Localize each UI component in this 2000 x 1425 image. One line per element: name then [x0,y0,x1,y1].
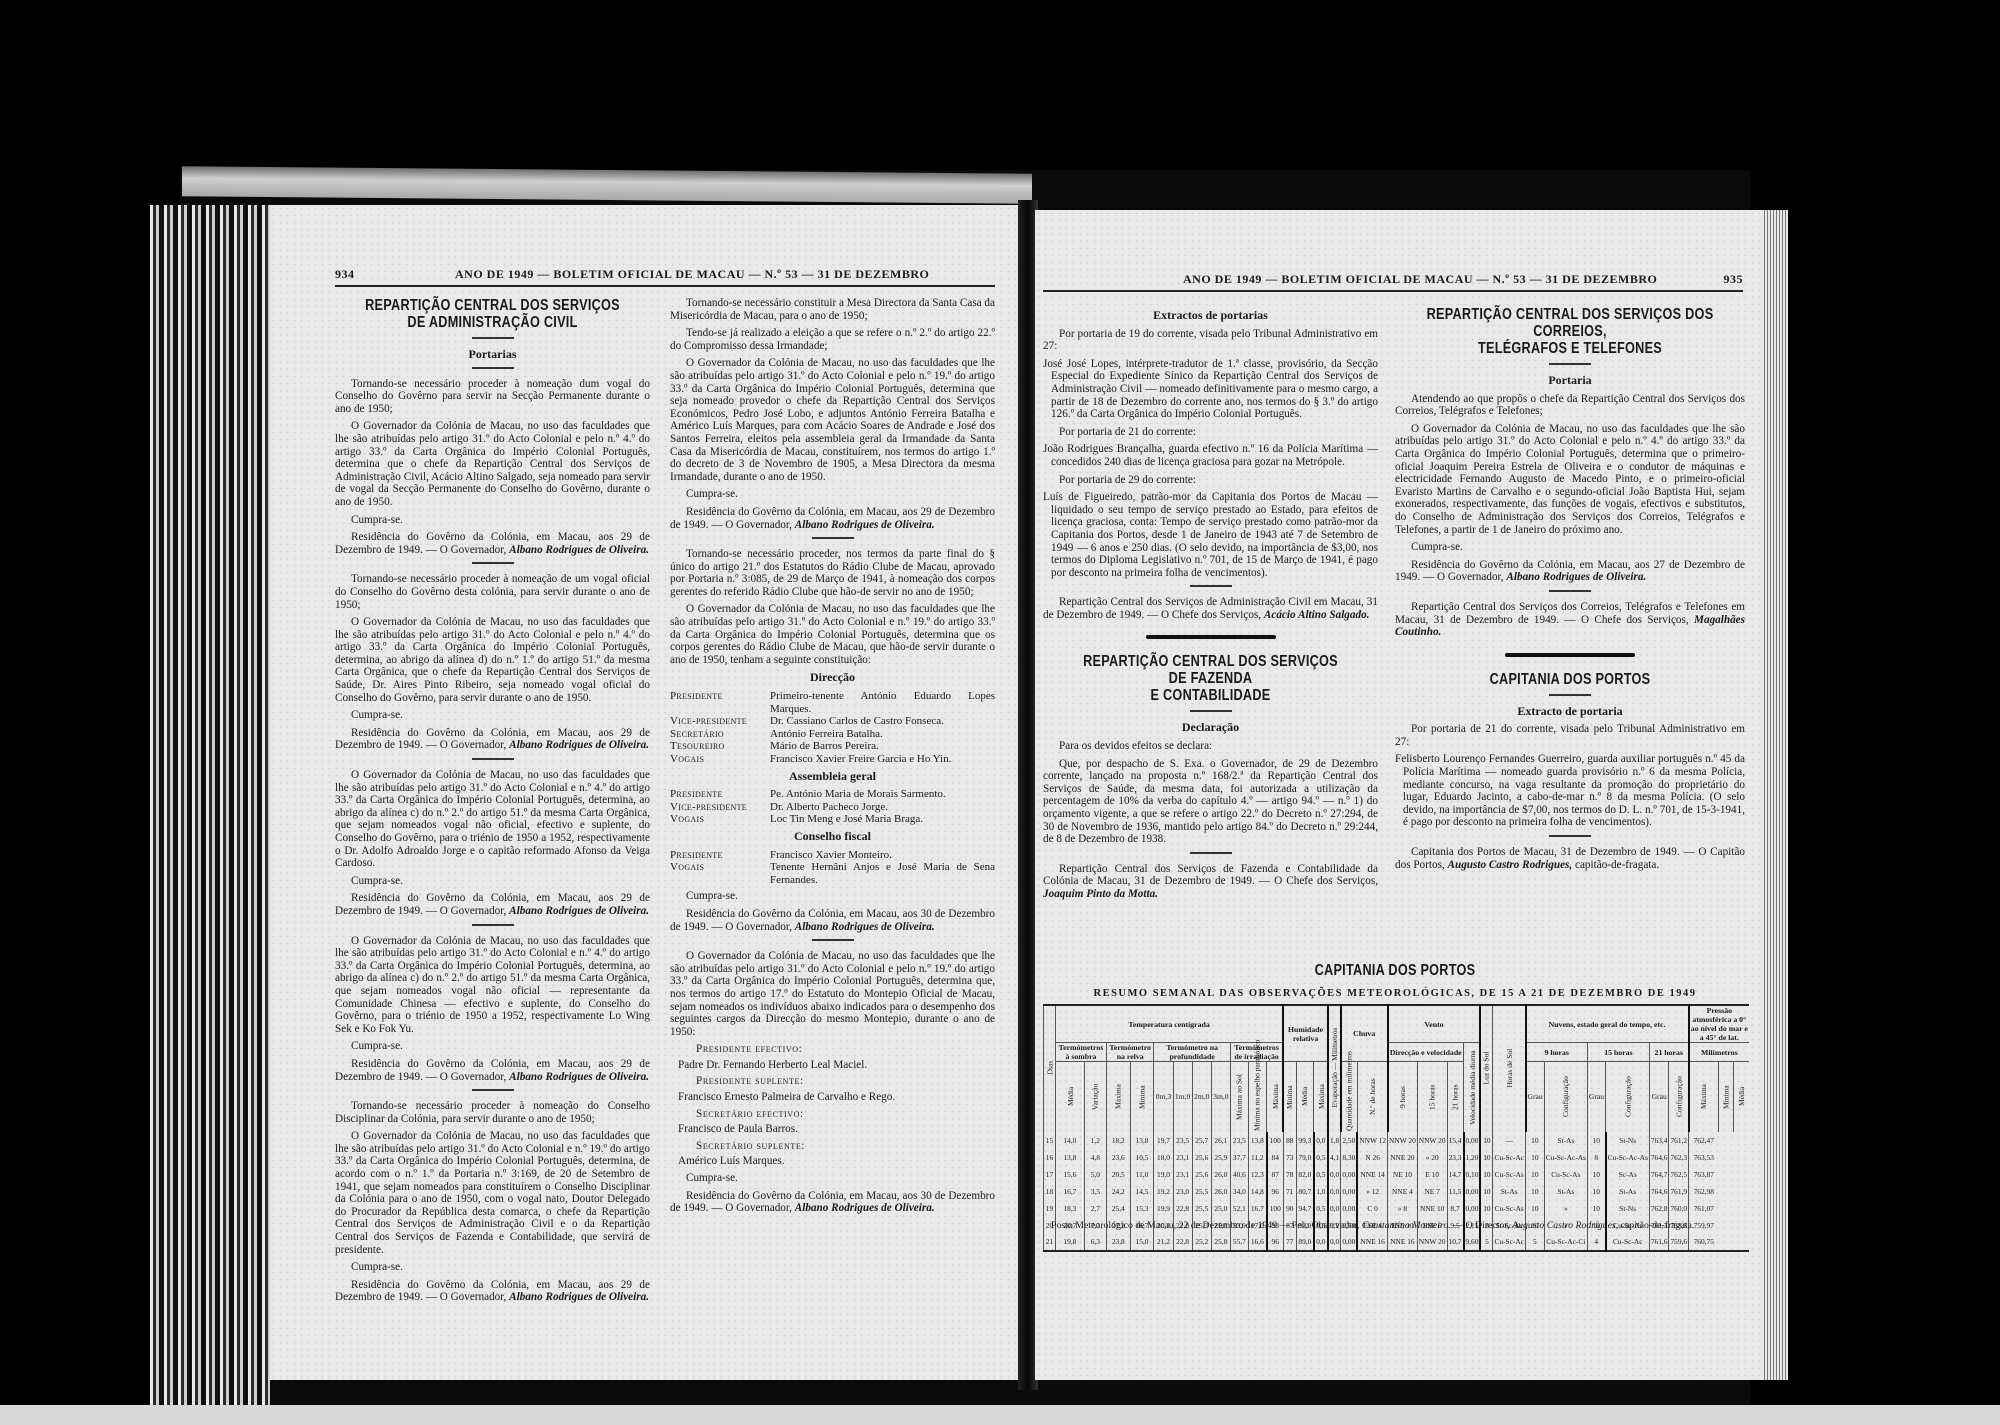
extractos-heading: Extractos de portarias [1043,309,1378,322]
met-cell: 0,00 [1341,1166,1357,1183]
signature: Albano Rodrigues de Oliveira. [1506,571,1646,583]
met-cell: 23,6 [1106,1149,1130,1166]
met-table-title: RESUMO SEMANAL DAS OBSERVAÇÕES METEOROLÓ… [1045,988,1745,999]
met-cell: 16 [1044,1149,1056,1166]
met-cell: 10 [1480,1149,1493,1166]
meteorological-table: Dias Temperatura centígrada Humidade rel… [1043,1004,1749,1252]
met-cell: NNW 20 [1388,1132,1418,1149]
met-cell: 763,87 [1689,1166,1719,1183]
met-cell: 22,8 [1173,1234,1192,1251]
met-cell: NNE 20 [1388,1149,1418,1166]
met-cell: Cu-Sc-Ac-As [1544,1149,1587,1166]
signature: Albano Rodrigues de Oliveira. [509,1071,649,1083]
met-cell: 13,8 [1056,1149,1085,1166]
right-column-2: REPARTIÇÃO CENTRAL DOS SERVIÇOS DOS CORR… [1395,306,1745,876]
met-cell: 0,00 [1341,1234,1357,1251]
met-cell: 14,0 [1056,1132,1085,1149]
met-cell: 79,0 [1296,1149,1313,1166]
met-cell: 761,2 [1669,1132,1689,1149]
met-cell: 10 [1587,1183,1605,1200]
page-number: 934 [335,267,355,282]
met-cell: 8,7 [1447,1200,1463,1217]
met-cell: 96 [1267,1183,1283,1200]
met-cell: 6,3 [1084,1234,1106,1251]
met-cell: 0,10 [1464,1166,1481,1183]
met-cell: » 20 [1417,1149,1447,1166]
met-cell: 1,8 [1328,1132,1341,1149]
met-cell: 21,2 [1154,1234,1173,1251]
met-cell: 23,1 [1173,1166,1192,1183]
met-cell: 18,0 [1154,1149,1173,1166]
met-cell: 25,5 [1192,1200,1211,1217]
met-cell: 16,7 [1248,1200,1266,1217]
met-cell: 18 [1044,1183,1056,1200]
signature: Joaquim Pinto da Motta. [1043,888,1158,900]
met-cell: 10 [1526,1149,1545,1166]
met-cell: 0,5 [1314,1166,1328,1183]
met-cell: 0,0 [1328,1183,1341,1200]
met-cell: 0,5 [1314,1200,1328,1217]
met-cell: 37,7 [1230,1149,1248,1166]
met-cell: 10 [1480,1166,1493,1183]
left-column-2: Tornando-se necessário constituir a Mesa… [670,297,995,1220]
met-cell: NE 10 [1388,1166,1418,1183]
divider [472,1089,514,1091]
met-cell: NNW 12 [1357,1132,1387,1149]
bottom-strip [0,1405,2000,1425]
met-cell: 13,8 [1130,1132,1154,1149]
met-cell: 99,3 [1296,1132,1313,1149]
met-cell: 23,1 [1173,1149,1192,1166]
met-cell: 760,0 [1669,1200,1689,1217]
met-cell: 3,5 [1084,1183,1106,1200]
met-cell: Cu-Sc-Ac [1606,1234,1650,1251]
met-cell: 25,8 [1211,1234,1230,1251]
met-cell: 25,6 [1192,1149,1211,1166]
met-cell: 10 [1526,1183,1545,1200]
met-cell: Sc-As [1606,1166,1650,1183]
met-cell: NNW 20 [1417,1132,1447,1149]
assembleia-heading: Assembleia geral [670,770,995,783]
running-head-title: ANO DE 1949 — BOLETIM OFICIAL DE MACAU —… [1183,272,1657,287]
met-cell: 24,2 [1106,1183,1130,1200]
met-cell: 0,00 [1464,1132,1481,1149]
met-cell: 4,8 [1084,1149,1106,1166]
met-cell: 18,2 [1106,1132,1130,1149]
capitania-section-heading: CAPITANIA DOS PORTOS [1427,671,1714,688]
met-cell: 34,0 [1230,1183,1248,1200]
met-cell: 762,8 [1649,1200,1669,1217]
subsection-heading: Portarias [335,348,650,361]
met-cell: 26,0 [1211,1183,1230,1200]
divider [812,939,854,941]
page-number: 935 [1724,272,1744,287]
divider [1190,852,1232,854]
met-cell: 78 [1283,1166,1296,1183]
divider [472,758,514,760]
met-cell: 762,5 [1669,1166,1689,1183]
left-column-1: REPARTIÇÃO CENTRAL DOS SERVIÇOS DE ADMIN… [335,297,650,1309]
divider [472,562,514,564]
met-cell: 761,07 [1689,1200,1719,1217]
met-cell: 764,7 [1649,1166,1669,1183]
met-cell: 8,30 [1341,1149,1357,1166]
met-cell: 100 [1267,1132,1283,1149]
met-cell: 12,3 [1248,1166,1266,1183]
met-cell: N 26 [1357,1149,1387,1166]
direccao-roles: PresidentePrimeiro-tenente António Eduar… [670,690,995,766]
met-cell: 89,0 [1296,1234,1313,1251]
met-cell: E 10 [1417,1166,1447,1183]
divider [812,537,854,539]
met-cell: » [1544,1200,1587,1217]
portaria-heading: Portaria [1395,374,1745,387]
met-cell: 96 [1267,1234,1283,1251]
met-cell: 19,9 [1154,1200,1173,1217]
met-cell: St-As [1606,1183,1650,1200]
met-cell: NNE 16 [1388,1234,1418,1251]
running-head-title: ANO DE 1949 — BOLETIM OFICIAL DE MACAU —… [455,267,929,282]
met-cell: 25,5 [1192,1183,1211,1200]
met-cell: 14,5 [1130,1183,1154,1200]
met-cell: NNE 16 [1357,1234,1387,1251]
met-cell: NNE 4 [1388,1183,1418,1200]
met-cell: 2,7 [1084,1200,1106,1217]
met-cell: Cu-Sc-Ac-Ci [1544,1234,1587,1251]
divider [1549,590,1591,592]
met-cell: 25,4 [1106,1200,1130,1217]
radio-clube-portaria: Tornando-se necessário proceder, nos ter… [670,548,995,933]
montepio-portaria: O Governador da Colónia de Macau, no uso… [670,950,995,1215]
met-cell: 23,5 [1173,1132,1192,1149]
portaria-entry: Tornando-se necessário proceder à nomeaç… [335,378,650,557]
met-cell: 763,4 [1649,1132,1669,1149]
met-cell: 25,0 [1211,1200,1230,1217]
met-cell: 0,0 [1328,1166,1341,1183]
met-cell: St-Ns [1606,1200,1650,1217]
met-cell: C 0 [1357,1200,1387,1217]
met-cell: 10 [1480,1183,1493,1200]
signature: Augusto Castro Rodrigues, [1448,859,1573,871]
santa-casa-portaria: Tornando-se necessário constituir a Mesa… [670,297,995,531]
page-stack-right [1762,210,1788,1380]
met-cell: 17 [1044,1166,1056,1183]
met-cell: St-As [1493,1183,1526,1200]
met-table-body: 1514,01,218,213,819,723,525,726,123,513,… [1044,1132,1750,1251]
met-cell: 2,50 [1341,1132,1357,1149]
met-cell: 25,2 [1192,1234,1211,1251]
met-cell: 11,2 [1248,1149,1266,1166]
met-cell: 759,6 [1669,1234,1689,1251]
met-cell: 19,2 [1154,1183,1173,1200]
met-cell: 760,75 [1689,1234,1719,1251]
met-cell: 84 [1267,1149,1283,1166]
met-cell: 18,3 [1056,1200,1085,1217]
met-cell: Cu-Sc-Ac-As [1606,1149,1650,1166]
assembleia-roles: PresidentePe. António Maria de Morais Sa… [670,788,995,826]
met-cell: NNE 14 [1357,1166,1387,1183]
fazenda-section-heading: REPARTIÇÃO CENTRAL DOS SERVIÇOS DE FAZEN… [1073,653,1348,704]
page-stack-left [150,205,270,1405]
section-divider [1505,653,1635,657]
met-cell: 25,7 [1192,1132,1211,1149]
extracto-heading: Extracto de portaria [1395,705,1745,718]
met-cell: 16,6 [1248,1234,1266,1251]
met-cell: 10 [1587,1166,1605,1183]
met-cell: 8 [1587,1149,1605,1166]
met-cell: 40,6 [1230,1166,1248,1183]
running-head: 934 ANO DE 1949 — BOLETIM OFICIAL DE MAC… [335,265,995,287]
met-table-footer: Posto Meteorológico de Macau, 22 de Deze… [1051,1220,1751,1231]
met-cell: 14,7 [1447,1166,1463,1183]
met-cell: 10 [1480,1132,1493,1149]
met-cell: Cu-Sc-As [1493,1166,1526,1183]
conselho-fiscal-heading: Conselho fiscal [670,830,995,843]
met-cell: 0,0 [1328,1234,1341,1251]
left-page: 934 ANO DE 1949 — BOLETIM OFICIAL DE MAC… [270,205,1020,1380]
met-cell: Cu-Sc-Ac [1493,1234,1526,1251]
divider [1190,710,1232,712]
met-cell: 19,0 [1154,1166,1173,1183]
met-cell: 80,7 [1296,1183,1313,1200]
met-cell: 0,00 [1341,1200,1357,1217]
met-cell: 22,8 [1173,1200,1192,1217]
met-cell: NNW 20 [1417,1234,1447,1251]
met-cell: 19 [1044,1200,1056,1217]
met-cell: NNE 10 [1417,1200,1447,1217]
met-cell: 16,7 [1056,1183,1085,1200]
met-cell: 10 [1480,1200,1493,1217]
met-cell: Cu-Sc-As [1493,1200,1526,1217]
met-cell: 23,5 [1230,1132,1248,1149]
met-cell: 0,0 [1314,1132,1328,1149]
portaria-entry: O Governador da Colónia de Macau, no uso… [335,769,650,918]
met-cell: 10 [1526,1166,1545,1183]
met-cell: 5 [1480,1234,1493,1251]
met-cell: » 8 [1388,1200,1418,1217]
met-cell: 71 [1283,1183,1296,1200]
met-cell: 761,6 [1649,1234,1669,1251]
met-cell: 764,6 [1649,1183,1669,1200]
met-cell: 25,6 [1192,1166,1211,1183]
met-cell: 5,0 [1084,1166,1106,1183]
met-cell: 761,9 [1669,1183,1689,1200]
divider [1549,363,1591,365]
met-cell: 11,5 [1447,1183,1463,1200]
met-cell: 10 [1587,1132,1605,1149]
signature: Albano Rodrigues de Oliveira. [795,921,935,933]
met-table-row: 1918,32,725,415,319,922,825,525,052,116,… [1044,1200,1750,1217]
met-cell: St-As [1544,1132,1587,1149]
met-cell: 55,7 [1230,1234,1248,1251]
divider [1549,835,1591,837]
running-head: ANO DE 1949 — BOLETIM OFICIAL DE MACAU —… [1043,270,1743,292]
met-cell: 13,8 [1248,1132,1266,1149]
met-cell: St-Ns [1606,1132,1650,1149]
met-cell: 1,20 [1464,1149,1481,1166]
met-cell: 0,0 [1328,1200,1341,1217]
met-cell: 77 [1283,1234,1296,1251]
signature: Acácio Altino Salgado. [1264,609,1370,621]
signature: Albano Rodrigues de Oliveira. [509,544,649,556]
met-cell: 23,3 [1447,1149,1463,1166]
met-cell: 26,1 [1211,1132,1230,1149]
met-cell: 5 [1526,1234,1545,1251]
met-cell: 762,3 [1669,1149,1689,1166]
met-cell: 0,00 [1341,1183,1357,1200]
right-page: ANO DE 1949 — BOLETIM OFICIAL DE MACAU —… [1035,210,1763,1380]
met-cell: 88 [1283,1132,1296,1149]
met-cell: 762,98 [1689,1183,1719,1200]
conselho-fiscal-roles: PresidenteFrancisco Xavier Monteiro. Vog… [670,849,995,887]
portaria-entry: Tornando-se necessário proceder à nomeaç… [335,573,650,752]
met-cell: 10 [1587,1200,1605,1217]
met-cell: 1,0 [1314,1183,1328,1200]
met-cell: — [1493,1132,1526,1149]
met-cell: 0,0 [1314,1234,1328,1251]
divider [472,924,514,926]
met-cell: 94,7 [1296,1200,1313,1217]
met-cell: 10,7 [1447,1234,1463,1251]
met-cell: 15,6 [1056,1166,1085,1183]
met-table-row: 1816,73,524,214,519,223,025,526,034,014,… [1044,1183,1750,1200]
met-cell: 4 [1587,1234,1605,1251]
met-cell: 25,9 [1211,1149,1230,1166]
section-heading: REPARTIÇÃO CENTRAL DOS SERVIÇOS DE ADMIN… [363,297,621,331]
met-cell: 15,3 [1130,1200,1154,1217]
met-cell: 10,5 [1130,1149,1154,1166]
met-cell: 9,60 [1464,1234,1481,1251]
met-cell: 23,0 [1173,1183,1192,1200]
met-cell: » 12 [1357,1183,1387,1200]
met-cell: 21 [1044,1234,1056,1251]
portaria-entry: Tornando-se necessário proceder à nomeaç… [335,1100,650,1304]
met-cell: 15,0 [1130,1234,1154,1251]
met-cell: 15 [1044,1132,1056,1149]
declaracao-heading: Declaração [1043,721,1378,734]
met-cell: Cu-Sc-As [1544,1166,1587,1183]
met-table-row: 1613,84,823,610,518,023,125,625,937,711,… [1044,1149,1750,1166]
signature: Albano Rodrigues de Oliveira. [795,1202,935,1214]
met-cell: 764,6 [1649,1149,1669,1166]
met-table-row: 1715,65,020,511,019,023,125,626,040,612,… [1044,1166,1750,1183]
met-cell: St-As [1544,1183,1587,1200]
met-cell: 10 [1526,1200,1545,1217]
met-cell: 1,2 [1084,1132,1106,1149]
met-cell: 82,0 [1296,1166,1313,1183]
met-cell: 52,1 [1230,1200,1248,1217]
met-cell: 763,53 [1689,1149,1719,1166]
met-cell: 14,8 [1248,1183,1266,1200]
right-column-1: Extractos de portarias Por portaria de 1… [1043,306,1378,906]
divider [472,337,514,339]
met-cell: 4,1 [1328,1149,1341,1166]
met-cell: 15,4 [1447,1132,1463,1149]
met-cell: Cu-Sc-Ac [1493,1149,1526,1166]
portaria-entry: O Governador da Colónia de Macau, no uso… [335,935,650,1084]
met-cell: 0,5 [1314,1149,1328,1166]
section-divider [1146,635,1276,639]
met-cell: 11,0 [1130,1166,1154,1183]
met-cell: 90 [1283,1200,1296,1217]
met-cell: 762,47 [1689,1132,1719,1149]
met-cell: 0,00 [1464,1183,1481,1200]
met-section-heading: CAPITANIA DOS PORTOS [1264,962,1526,979]
met-cell: 19,8 [1056,1234,1085,1251]
signature: Albano Rodrigues de Oliveira. [509,905,649,917]
met-table-row: 2119,86,323,815,021,222,825,225,855,716,… [1044,1234,1750,1251]
met-cell: 26,0 [1211,1166,1230,1183]
signature: Albano Rodrigues de Oliveira. [795,519,935,531]
met-cell: 87 [1267,1166,1283,1183]
signature: Albano Rodrigues de Oliveira. [509,1291,649,1303]
correios-section-heading: REPARTIÇÃO CENTRAL DOS SERVIÇOS DOS CORR… [1427,306,1714,357]
met-cell: 0,00 [1464,1200,1481,1217]
divider [1549,694,1591,696]
met-cell: 100 [1267,1200,1283,1217]
met-cell: 20,5 [1106,1166,1130,1183]
divider [472,367,514,369]
signature: Albano Rodrigues de Oliveira. [509,739,649,751]
direccao-heading: Direcção [670,671,995,684]
met-cell: 73 [1283,1149,1296,1166]
met-cell: 19,7 [1154,1132,1173,1149]
divider [1190,585,1232,587]
met-table-row: 1514,01,218,213,819,723,525,726,123,513,… [1044,1132,1750,1149]
met-cell: 10 [1526,1132,1545,1149]
met-cell: NE 7 [1417,1183,1447,1200]
met-cell: 23,8 [1106,1234,1130,1251]
